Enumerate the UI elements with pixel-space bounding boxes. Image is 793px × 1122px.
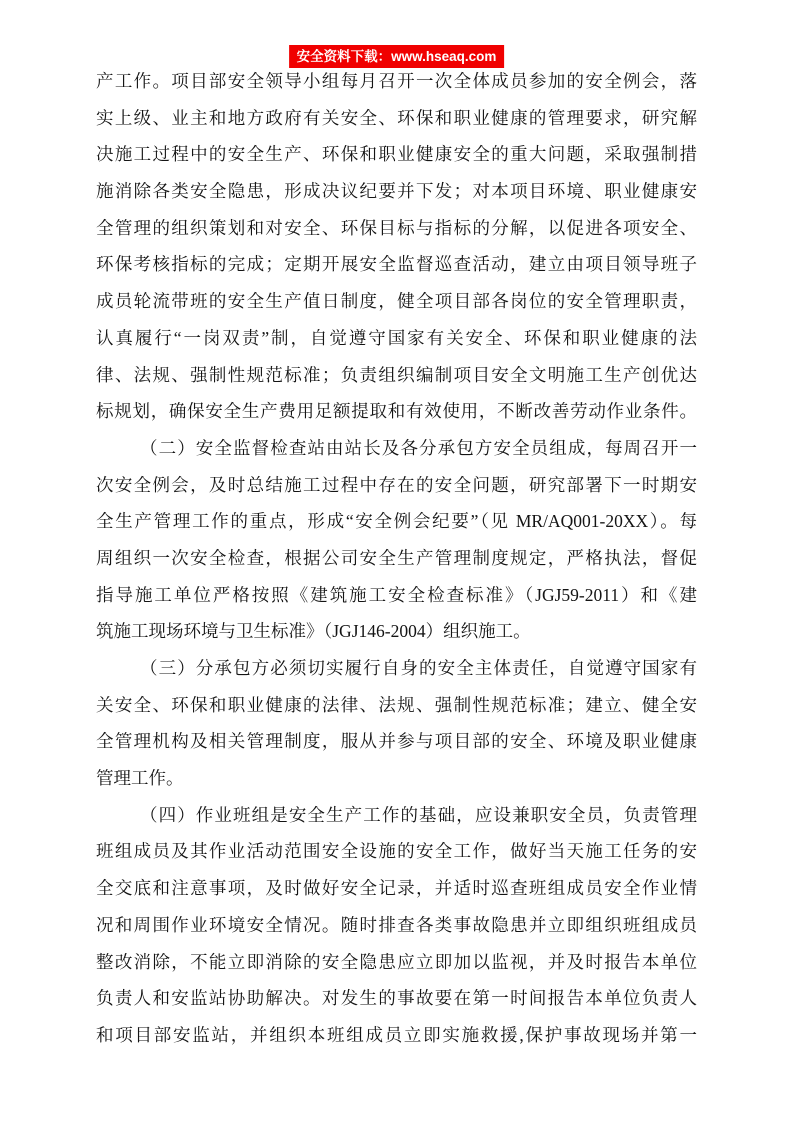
text-line: 环保考核指标的完成；定期开展安全监督巡查活动，建立由项目领导班子: [96, 246, 697, 283]
text-line: 班组成员及其作业活动范围安全设施的安全工作，做好当天施工任务的安: [96, 833, 697, 870]
text-line: 全管理机构及相关管理制度，服从并参与项目部的安全、环境及职业健康: [96, 723, 697, 760]
text-line: 周组织一次安全检查，根据公司安全生产管理制度规定，严格执法，督促: [96, 540, 697, 577]
text-line: 施消除各类安全隐患，形成决议纪要并下发；对本项目环境、职业健康安: [96, 173, 697, 210]
text-line: 关安全、环保和职业健康的法律、法规、强制性规范标准；建立、健全安: [96, 687, 697, 724]
text-line: 标规划，确保安全生产费用足额提取和有效使用，不断改善劳动作业条件。: [96, 393, 697, 430]
text-line: 决施工过程中的安全生产、环保和职业健康安全的重大问题，采取强制措: [96, 136, 697, 173]
document-page: 安全资料下载：www.hseaq.com 产工作。项目部安全领导小组每月召开一次…: [0, 0, 793, 1122]
text-line: 全交底和注意事项，及时做好安全记录，并适时巡查班组成员安全作业情: [96, 870, 697, 907]
text-line: 律、法规、强制性规范标准；负责组织编制项目安全文明施工生产创优达: [96, 357, 697, 394]
text-line: 成员轮流带班的安全生产值日制度，健全项目部各岗位的安全管理职责，: [96, 283, 697, 320]
text-line: 全生产管理工作的重点，形成“安全例会纪要”（见 MR/AQ001-20XX）。每: [96, 503, 697, 540]
document-body: 产工作。项目部安全领导小组每月召开一次全体成员参加的安全例会，落实上级、业主和地…: [96, 63, 697, 1054]
text-line: 筑施工现场环境与卫生标准》（JGJ146-2004）组织施工。: [96, 613, 697, 650]
text-line: 次安全例会，及时总结施工过程中存在的安全问题，研究部署下一时期安: [96, 467, 697, 504]
banner-text: 安全资料下载：www.hseaq.com: [297, 49, 497, 64]
text-line: （四）作业班组是安全生产工作的基础，应设兼职安全员，负责管理: [96, 797, 697, 834]
text-line: 管理工作。: [96, 760, 697, 797]
text-line: 整改消除，不能立即消除的安全隐患应立即加以监视，并及时报告本单位: [96, 944, 697, 981]
text-line: 实上级、业主和地方政府有关安全、环保和职业健康的管理要求，研究解: [96, 100, 697, 137]
text-line: 负责人和安监站协助解决。对发生的事故要在第一时间报告本单位负责人: [96, 980, 697, 1017]
text-line: 全管理的组织策划和对安全、环保目标与指标的分解，以促进各项安全、: [96, 210, 697, 247]
text-line: 认真履行“一岗双责”制，自觉遵守国家有关安全、环保和职业健康的法: [96, 320, 697, 357]
text-line: 和项目部安监站，并组织本班组成员立即实施救援,保护事故现场并第一: [96, 1017, 697, 1054]
text-line: （二）安全监督检查站由站长及各分承包方安全员组成，每周召开一: [96, 430, 697, 467]
text-line: 况和周围作业环境安全情况。随时排查各类事故隐患并立即组织班组成员: [96, 907, 697, 944]
text-line: 产工作。项目部安全领导小组每月召开一次全体成员参加的安全例会，落: [96, 63, 697, 100]
text-line: 指导施工单位严格按照《建筑施工安全检查标准》（JGJ59-2011）和《建: [96, 577, 697, 614]
text-line: （三）分承包方必须切实履行自身的安全主体责任，自觉遵守国家有: [96, 650, 697, 687]
